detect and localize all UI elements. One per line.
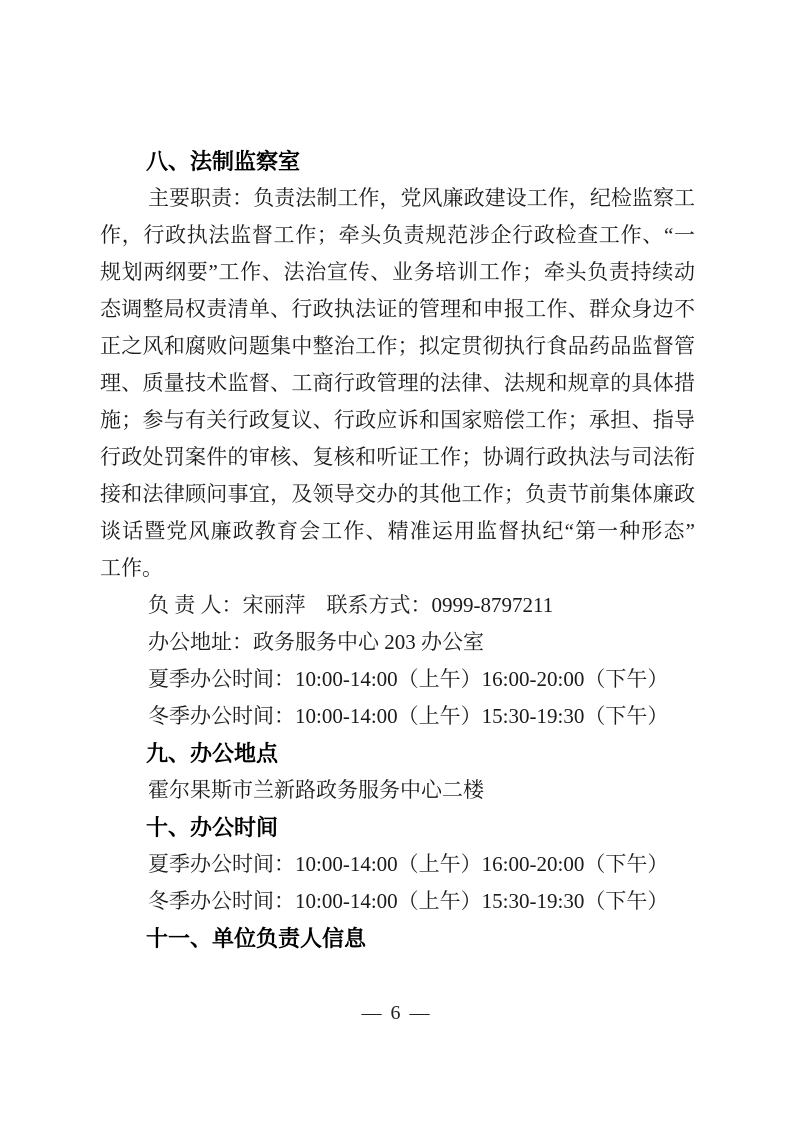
paragraph-line: 主要职责：负责法制工作，党风廉政建设工作，纪检监察工: [100, 180, 695, 217]
paragraph-line: 规划两纲要”工作、法治宣传、业务培训工作；牵头负责持续动: [100, 254, 695, 291]
office-location-line: 霍尔果斯市兰新路政务服务中心二楼: [100, 772, 695, 809]
winter-hours-line-2: 冬季办公时间：10:00-14:00（上午）15:30-19:30（下午）: [100, 883, 695, 920]
summer-hours-line-2: 夏季办公时间：10:00-14:00（上午）16:00-20:00（下午）: [100, 846, 695, 883]
section-11-heading: 十一、单位负责人信息: [100, 920, 695, 957]
winter-hours-line: 冬季办公时间：10:00-14:00（上午）15:30-19:30（下午）: [100, 698, 695, 735]
paragraph-line: 施；参与有关行政复议、行政应诉和国家赔偿工作；承担、指导: [100, 402, 695, 439]
section-8-heading: 八、法制监察室: [100, 143, 695, 180]
paragraph-line: 态调整局权责清单、行政执法证的管理和申报工作、群众身边不: [100, 291, 695, 328]
summer-hours-line: 夏季办公时间：10:00-14:00（上午）16:00-20:00（下午）: [100, 661, 695, 698]
paragraph-line: 作，行政执法监督工作；牵头负责规范涉企行政检查工作、“一: [100, 217, 695, 254]
contact-line: 负 责 人：宋丽萍 联系方式：0999-8797211: [100, 587, 695, 624]
content-area: 八、法制监察室 主要职责：负责法制工作，党风廉政建设工作，纪检监察工作，行政执法…: [100, 143, 695, 957]
section-10-heading: 十、办公时间: [100, 809, 695, 846]
main-duties-paragraph: 主要职责：负责法制工作，党风廉政建设工作，纪检监察工作，行政执法监督工作；牵头负…: [100, 180, 695, 587]
paragraph-line: 理、质量技术监督、工商行政管理的法律、法规和规章的具体措: [100, 365, 695, 402]
paragraph-line: 接和法律顾问事宜，及领导交办的其他工作；负责节前集体廉政: [100, 476, 695, 513]
paragraph-line: 工作。: [100, 550, 695, 587]
paragraph-line: 谈话暨党风廉政教育会工作、精准运用监督执纪“第一种形态”: [100, 513, 695, 550]
document-page: 八、法制监察室 主要职责：负责法制工作，党风廉政建设工作，纪检监察工作，行政执法…: [0, 0, 793, 1122]
address-line: 办公地址：政务服务中心 203 办公室: [100, 624, 695, 661]
section-9-heading: 九、办公地点: [100, 735, 695, 772]
paragraph-line: 行政处罚案件的审核、复核和听证工作；协调行政执法与司法衔: [100, 439, 695, 476]
page-number: — 6 —: [0, 998, 793, 1028]
paragraph-line: 正之风和腐败问题集中整治工作；拟定贯彻执行食品药品监督管: [100, 328, 695, 365]
